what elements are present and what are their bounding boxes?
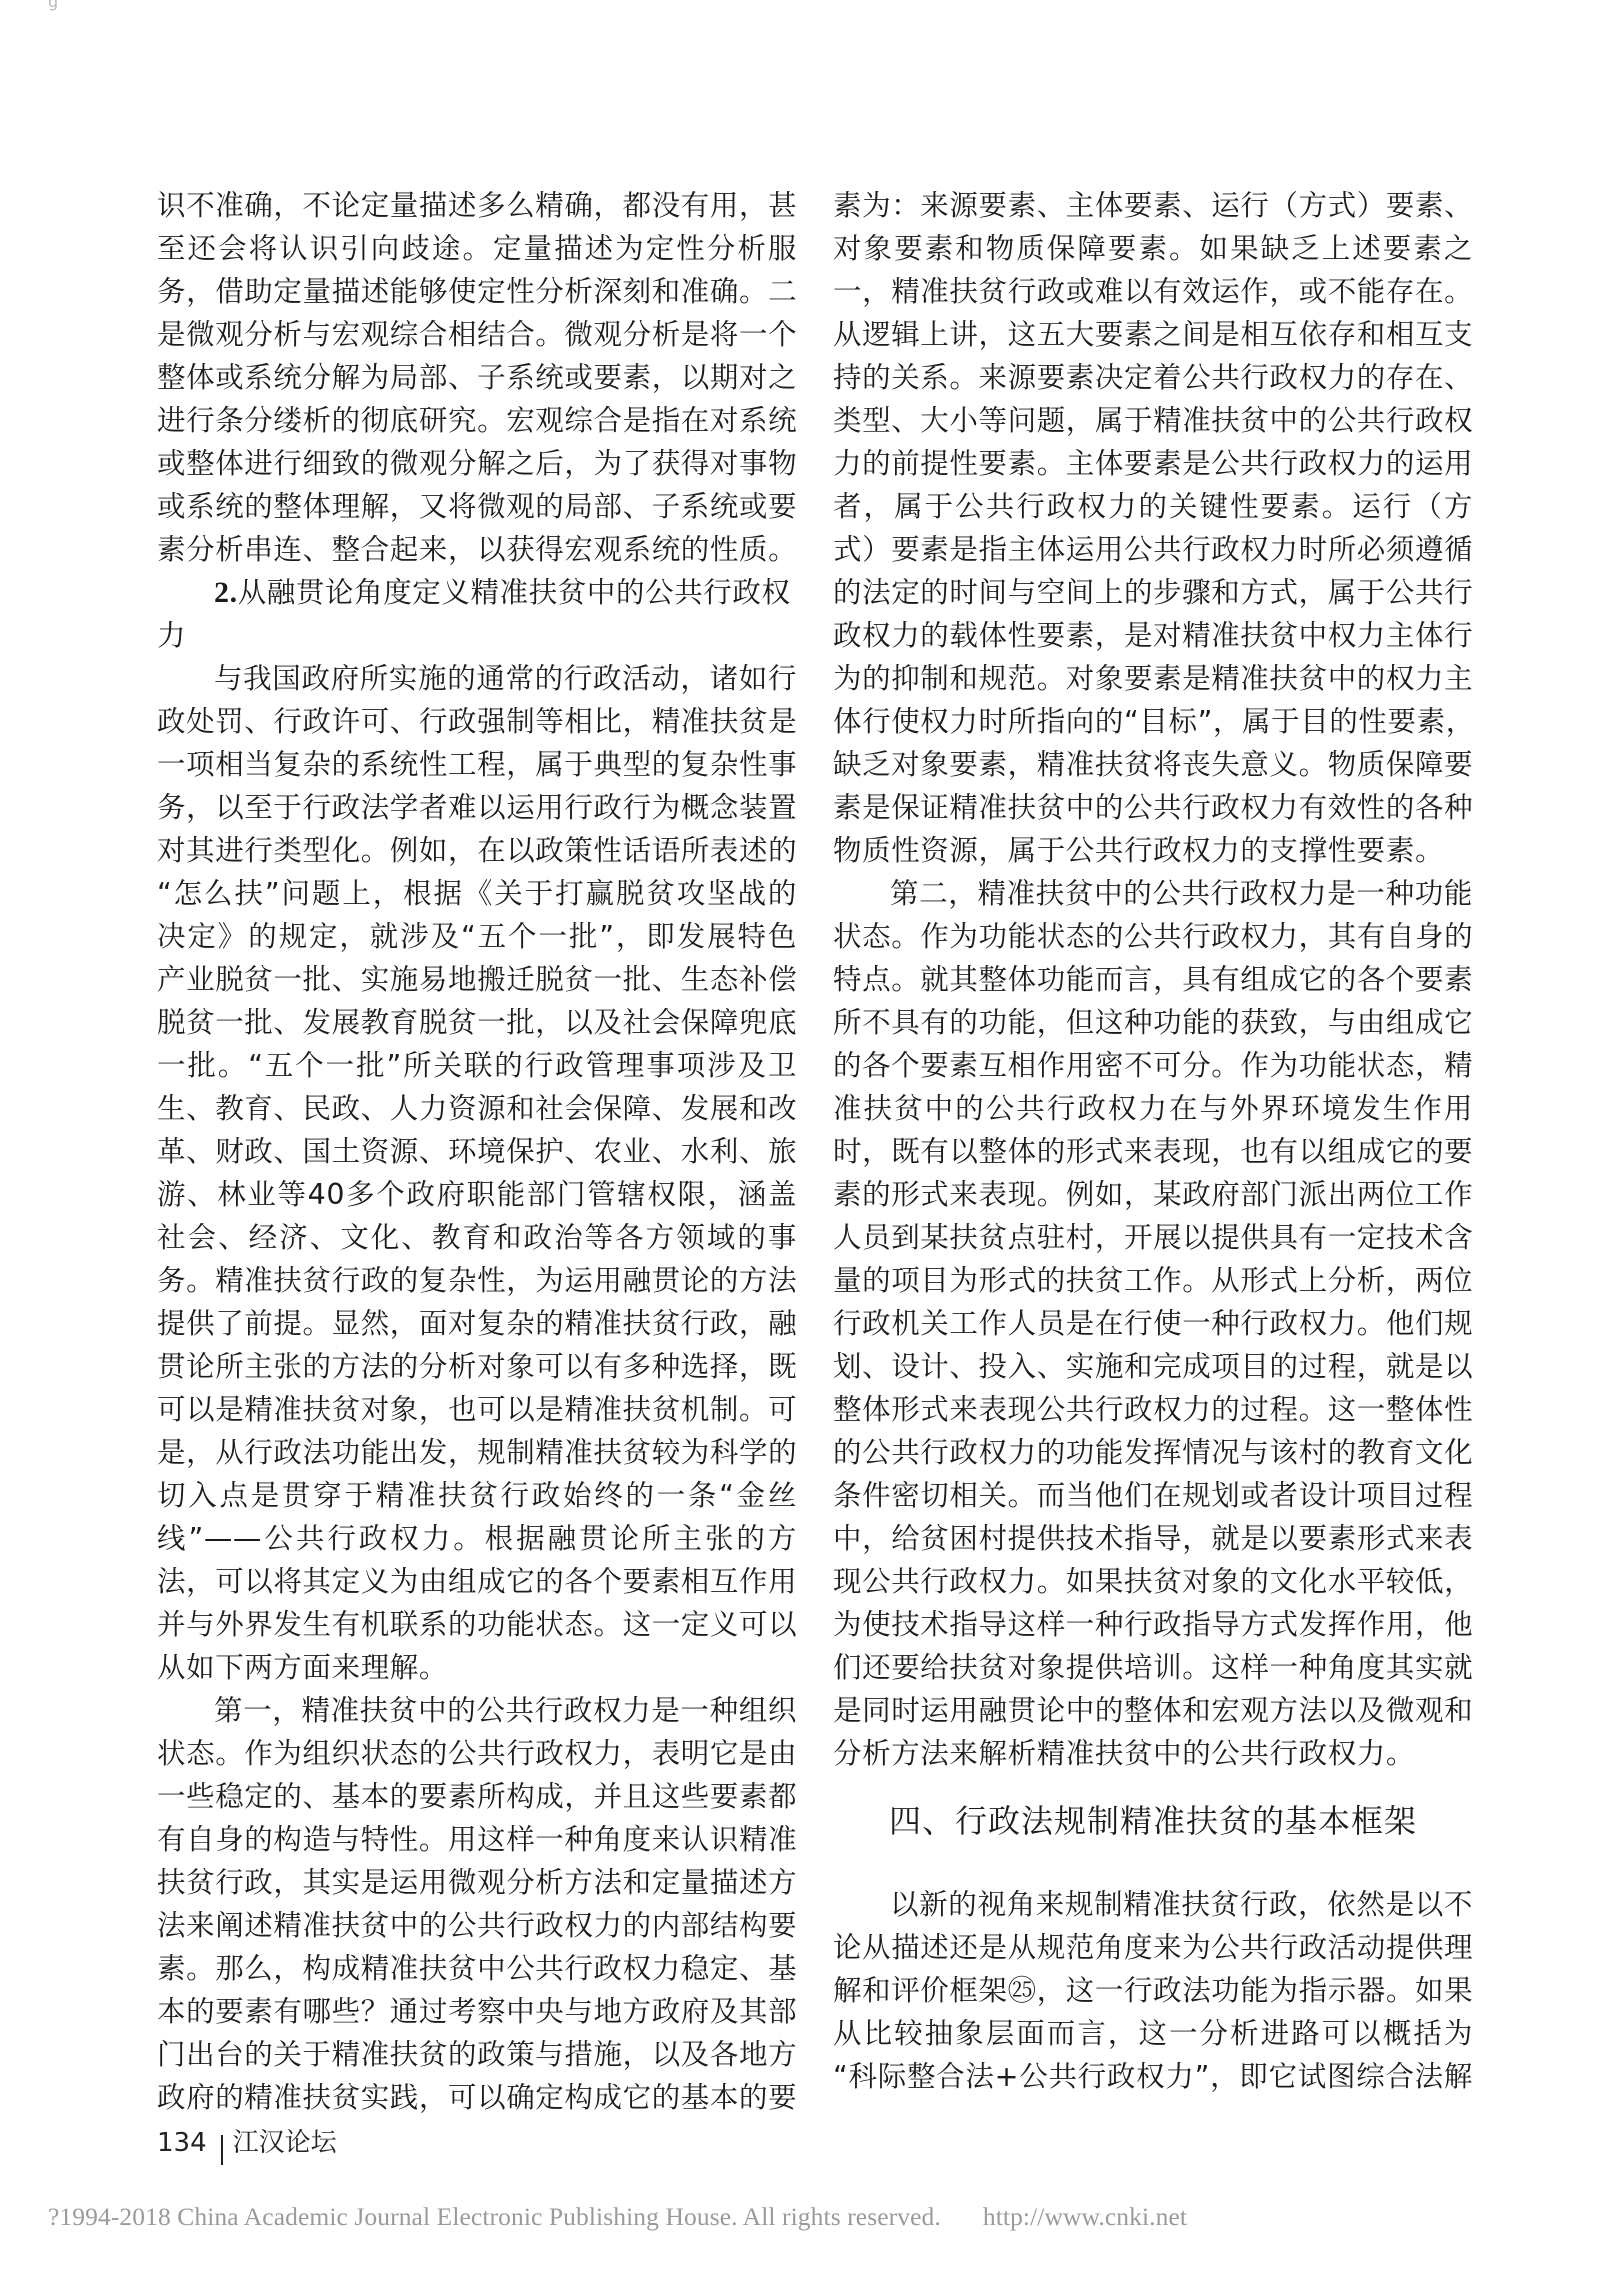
text-line: 的法定的时间与空间上的步骤和方式，属于公共行 bbox=[833, 571, 1473, 614]
text-line: 政权力的载体性要素，是对精准扶贫中权力主体行 bbox=[833, 614, 1473, 657]
text-line: 为使技术指导这样一种行政指导方式发挥作用，他 bbox=[833, 1603, 1473, 1646]
text-line: 从比较抽象层面而言，这一分析进路可以概括为 bbox=[833, 2012, 1473, 2055]
text-line: 一项相当复杂的系统性工程，属于典型的复杂性事 bbox=[157, 743, 797, 786]
text-line: 贯论所主张的方法的分析对象可以有多种选择，既 bbox=[157, 1345, 797, 1388]
text-line: 时，既有以整体的形式来表现，也有以组成它的要 bbox=[833, 1130, 1473, 1173]
text-line: 法，可以将其定义为由组成它的各个要素相互作用 bbox=[157, 1560, 797, 1603]
text-line: 可以是精准扶贫对象，也可以是精准扶贫机制。可 bbox=[157, 1388, 797, 1431]
text-line: 生、教育、民政、人力资源和社会保障、发展和改 bbox=[157, 1087, 797, 1130]
text-line: 线”——公共行政权力。根据融贯论所主张的方 bbox=[157, 1517, 797, 1560]
text-line: 务。精准扶贫行政的复杂性，为运用融贯论的方法 bbox=[157, 1259, 797, 1302]
text-line: 务，以至于行政法学者难以运用行政行为概念装置 bbox=[157, 786, 797, 829]
text-line: 素分析串连、整合起来，以获得宏观系统的性质。 bbox=[157, 528, 797, 571]
text-line: 准扶贫中的公共行政权力在与外界环境发生作用 bbox=[833, 1087, 1473, 1130]
text-line: 游、林业等40多个政府职能部门管辖权限，涵盖 bbox=[157, 1173, 797, 1216]
text-line: 者，属于公共行政权力的关键性要素。运行（方 bbox=[833, 485, 1473, 528]
text-line: 素。那么，构成精准扶贫中公共行政权力稳定、基 bbox=[157, 1947, 797, 1990]
text-line: “科际整合法+公共行政权力”，即它试图综合法解 bbox=[833, 2055, 1473, 2098]
text-line: 整体形式来表现公共行政权力的过程。这一整体性 bbox=[833, 1388, 1473, 1431]
text-line: 论从描述还是从规范角度来为公共行政活动提供理 bbox=[833, 1926, 1473, 1969]
text-line: 从如下两方面来理解。 bbox=[157, 1646, 797, 1689]
text-line: 整体或系统分解为局部、子系统或要素，以期对之 bbox=[157, 356, 797, 399]
text-line: 是，从行政法功能出发，规制精准扶贫较为科学的 bbox=[157, 1431, 797, 1474]
page-footer: 134江汉论坛 bbox=[157, 2122, 337, 2165]
journal-page: g 识不准确，不论定量描述多么精确，都没有用，甚至还会将认识引向歧途。定量描述为… bbox=[0, 0, 1615, 2271]
text-line: 对其进行类型化。例如，在以政策性话语所表述的 bbox=[157, 829, 797, 872]
text-line: 素为：来源要素、主体要素、运行（方式）要素、 bbox=[833, 184, 1473, 227]
text-line: 与我国政府所实施的通常的行政活动，诸如行 bbox=[157, 657, 797, 700]
text-line: 素是保证精准扶贫中的公共行政权力有效性的各种 bbox=[833, 786, 1473, 829]
text-line: 的公共行政权力的功能发挥情况与该村的教育文化 bbox=[833, 1431, 1473, 1474]
right-column-section-body: 以新的视角来规制精准扶贫行政，依然是以不论从描述还是从规范角度来为公共行政活动提… bbox=[833, 1883, 1473, 2098]
text-line: 第二，精准扶贫中的公共行政权力是一种功能 bbox=[833, 872, 1473, 915]
text-line: 体行使权力时所指向的“目标”，属于目的性要素， bbox=[833, 700, 1473, 743]
text-line: 类型、大小等问题，属于精准扶贫中的公共行政权 bbox=[833, 399, 1473, 442]
text-line: 务，借助定量描述能够使定性分析深刻和准确。二 bbox=[157, 270, 797, 313]
text-line: 状态。作为组织状态的公共行政权力，表明它是由 bbox=[157, 1732, 797, 1775]
text-line: 进行条分缕析的彻底研究。宏观综合是指在对系统 bbox=[157, 399, 797, 442]
text-line: 或整体进行细致的微观分解之后，为了获得对事物 bbox=[157, 442, 797, 485]
text-line: 门出台的关于精准扶贫的政策与措施，以及各地方 bbox=[157, 2033, 797, 2076]
scan-corner-mark: g bbox=[48, 0, 58, 11]
text-line: 政府的精准扶贫实践，可以确定构成它的基本的要 bbox=[157, 2076, 797, 2119]
text-line: 一批。“五个一批”所关联的行政管理事项涉及卫 bbox=[157, 1044, 797, 1087]
text-line: 切入点是贯穿于精准扶贫行政始终的一条“金丝 bbox=[157, 1474, 797, 1517]
text-line: 中，给贫困村提供技术指导，就是以要素形式来表 bbox=[833, 1517, 1473, 1560]
text-line: “怎么扶”问题上，根据《关于打赢脱贫攻坚战的 bbox=[157, 872, 797, 915]
text-line: 法来阐述精准扶贫中的公共行政权力的内部结构要 bbox=[157, 1904, 797, 1947]
text-line: 一些稳定的、基本的要素所构成，并且这些要素都 bbox=[157, 1775, 797, 1818]
journal-name: 江汉论坛 bbox=[233, 2128, 337, 2158]
text-line: 现公共行政权力。如果扶贫对象的文化水平较低， bbox=[833, 1560, 1473, 1603]
text-line: 脱贫一批、发展教育脱贫一批，以及社会保障兜底 bbox=[157, 1001, 797, 1044]
heading-number: 2. bbox=[214, 576, 238, 609]
footer-divider bbox=[221, 2135, 223, 2165]
section-heading: 四、行政法规制精准扶贫的基本框架 bbox=[833, 1791, 1473, 1851]
left-column: 识不准确，不论定量描述多么精确，都没有用，甚至还会将认识引向歧途。定量描述为定性… bbox=[157, 184, 797, 2119]
text-line: 所不具有的功能，但这种功能的获致，与由组成它 bbox=[833, 1001, 1473, 1044]
cnki-url[interactable]: http://www.cnki.net bbox=[983, 2202, 1187, 2231]
text-line: 特点。就其整体功能而言，具有组成它的各个要素 bbox=[833, 958, 1473, 1001]
text-line: 社会、经济、文化、教育和政治等各方领域的事 bbox=[157, 1216, 797, 1259]
text-line: 或系统的整体理解，又将微观的局部、子系统或要 bbox=[157, 485, 797, 528]
subsection-heading: 2.从融贯论角度定义精准扶贫中的公共行政权 bbox=[157, 571, 797, 614]
text-line: 素的形式来表现。例如，某政府部门派出两位工作 bbox=[833, 1173, 1473, 1216]
text-line: 至还会将认识引向歧途。定量描述为定性分析服 bbox=[157, 227, 797, 270]
heading-text: 从融贯论角度定义精准扶贫中的公共行政权 bbox=[238, 576, 791, 609]
text-line: 识不准确，不论定量描述多么精确，都没有用，甚 bbox=[157, 184, 797, 227]
text-line: 并与外界发生有机联系的功能状态。这一定义可以 bbox=[157, 1603, 797, 1646]
text-line: 解和评价框架㉕，这一行政法功能为指示器。如果 bbox=[833, 1969, 1473, 2012]
text-line: 政处罚、行政许可、行政强制等相比，精准扶贫是 bbox=[157, 700, 797, 743]
text-line: 是微观分析与宏观综合相结合。微观分析是将一个 bbox=[157, 313, 797, 356]
copyright-text: ?1994-2018 China Academic Journal Electr… bbox=[48, 2202, 941, 2231]
text-line: 为的抑制和规范。对象要素是精准扶贫中的权力主 bbox=[833, 657, 1473, 700]
text-line: 是同时运用融贯论中的整体和宏观方法以及微观和 bbox=[833, 1689, 1473, 1732]
text-line: 本的要素有哪些？通过考察中央与地方政府及其部 bbox=[157, 1990, 797, 2033]
text-line: 们还要给扶贫对象提供培训。这样一种角度其实就 bbox=[833, 1646, 1473, 1689]
text-line: 力的前提性要素。主体要素是公共行政权力的运用 bbox=[833, 442, 1473, 485]
text-line: 划、设计、投入、实施和完成项目的过程，就是以 bbox=[833, 1345, 1473, 1388]
text-line: 革、财政、国土资源、环境保护、农业、水利、旅 bbox=[157, 1130, 797, 1173]
text-line: 行政机关工作人员是在行使一种行政权力。他们规 bbox=[833, 1302, 1473, 1345]
text-line: 的各个要素互相作用密不可分。作为功能状态，精 bbox=[833, 1044, 1473, 1087]
text-line: 有自身的构造与特性。用这样一种角度来认识精准 bbox=[157, 1818, 797, 1861]
copyright-notice: ?1994-2018 China Academic Journal Electr… bbox=[48, 2202, 1187, 2232]
text-line: 一，精准扶贫行政或难以有效运作，或不能存在。 bbox=[833, 270, 1473, 313]
text-line: 决定》的规定，就涉及“五个一批”，即发展特色 bbox=[157, 915, 797, 958]
text-line: 条件密切相关。而当他们在规划或者设计项目过程 bbox=[833, 1474, 1473, 1517]
text-line: 扶贫行政，其实是运用微观分析方法和定量描述方 bbox=[157, 1861, 797, 1904]
text-line: 分析方法来解析精准扶贫中的公共行政权力。 bbox=[833, 1732, 1473, 1775]
text-line: 力 bbox=[157, 614, 797, 657]
text-line: 人员到某扶贫点驻村，开展以提供具有一定技术含 bbox=[833, 1216, 1473, 1259]
text-line: 缺乏对象要素，精准扶贫将丧失意义。物质保障要 bbox=[833, 743, 1473, 786]
text-line: 对象要素和物质保障要素。如果缺乏上述要素之 bbox=[833, 227, 1473, 270]
text-line: 第一，精准扶贫中的公共行政权力是一种组织 bbox=[157, 1689, 797, 1732]
text-line: 持的关系。来源要素决定着公共行政权力的存在、 bbox=[833, 356, 1473, 399]
text-line: 产业脱贫一批、实施易地搬迁脱贫一批、生态补偿 bbox=[157, 958, 797, 1001]
text-line: 从逻辑上讲，这五大要素之间是相互依存和相互支 bbox=[833, 313, 1473, 356]
page-number: 134 bbox=[157, 2128, 207, 2158]
text-line: 物质性资源，属于公共行政权力的支撑性要素。 bbox=[833, 829, 1473, 872]
text-line: 以新的视角来规制精准扶贫行政，依然是以不 bbox=[833, 1883, 1473, 1926]
text-line: 量的项目为形式的扶贫工作。从形式上分析，两位 bbox=[833, 1259, 1473, 1302]
text-line: 状态。作为功能状态的公共行政权力，其有自身的 bbox=[833, 915, 1473, 958]
right-column: 素为：来源要素、主体要素、运行（方式）要素、对象要素和物质保障要素。如果缺乏上述… bbox=[833, 184, 1473, 1775]
text-line: 式）要素是指主体运用公共行政权力时所必须遵循 bbox=[833, 528, 1473, 571]
text-line: 提供了前提。显然，面对复杂的精准扶贫行政，融 bbox=[157, 1302, 797, 1345]
